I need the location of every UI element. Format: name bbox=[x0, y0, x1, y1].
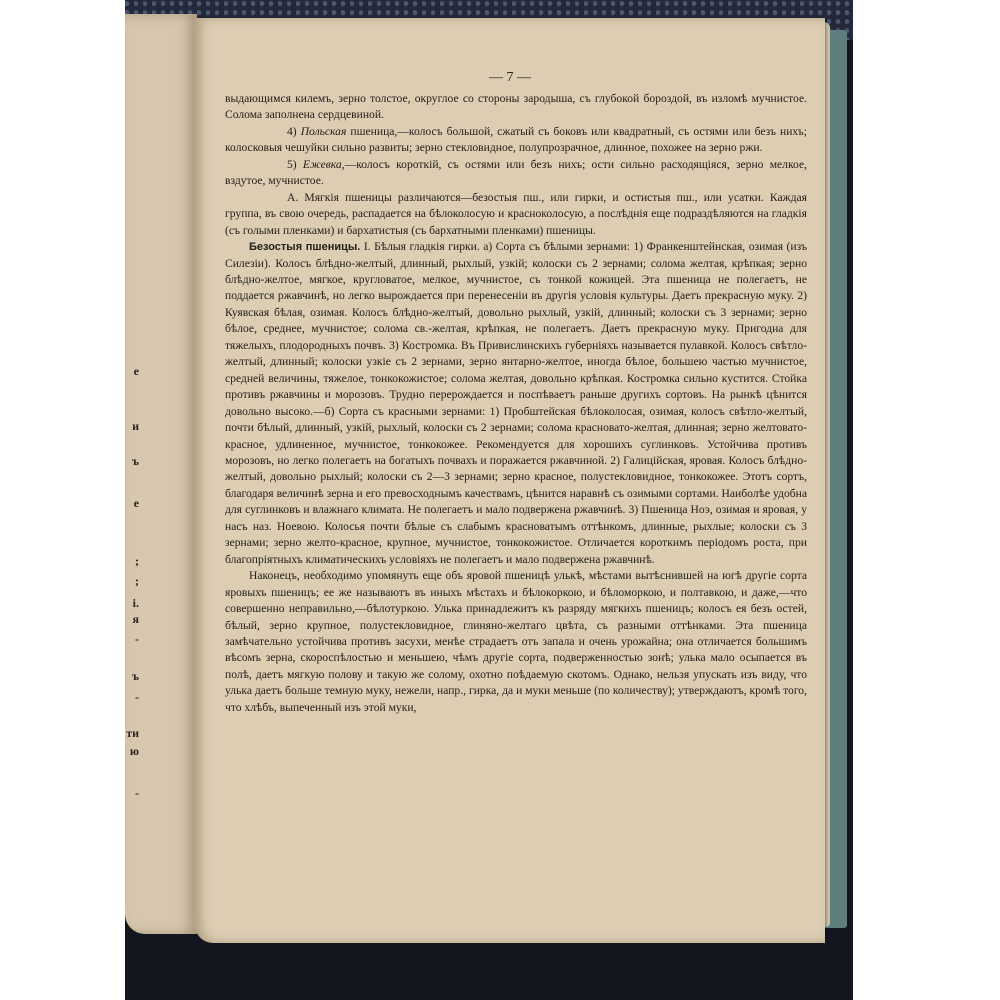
left-page-text-fragment: я bbox=[125, 612, 139, 627]
left-page-text-fragment: - bbox=[125, 690, 139, 705]
item-number: 4) bbox=[287, 125, 301, 138]
left-page-text-fragment: - bbox=[125, 632, 139, 647]
page-body: выдающимся килемъ, зерно толстое, округл… bbox=[225, 91, 807, 716]
left-page-text-fragment: ю bbox=[125, 744, 139, 759]
paragraph-soft-wheat: А. Мягкія пшеницы различаются—безостыя п… bbox=[225, 190, 807, 239]
book-photo: е и ъ е ; ; і. я - ъ - ти ю - — 7 — выда… bbox=[125, 0, 853, 1000]
page-number: — 7 — bbox=[195, 70, 825, 86]
variety-name: Ежевка bbox=[303, 158, 342, 171]
paragraph: выдающимся килемъ, зерно толстое, округл… bbox=[225, 91, 807, 124]
left-page-text-fragment: - bbox=[125, 786, 139, 801]
left-page-text-fragment: ; bbox=[125, 574, 139, 589]
item-number: 5) bbox=[287, 158, 303, 171]
left-page-text-fragment: е bbox=[125, 364, 139, 379]
right-page: — 7 — выдающимся килемъ, зерно толстое, … bbox=[195, 18, 825, 943]
left-page-text-fragment: ти bbox=[125, 726, 139, 741]
variety-name: Польская bbox=[301, 125, 347, 138]
section-heading: Безостыя пшеницы. bbox=[249, 241, 360, 253]
paragraph-ulka-wheat: Наконецъ, необходимо упомянуть еще объ я… bbox=[225, 568, 807, 716]
paragraph-awnless-wheat: Безостыя пшеницы. I. Бѣлыя гладкія гирки… bbox=[225, 239, 807, 568]
left-page-text-fragment: ъ bbox=[125, 454, 139, 469]
left-page-text-fragment: і. bbox=[125, 596, 139, 611]
paragraph-text: I. Бѣлыя гладкія гирки. а) Сорта съ бѣлы… bbox=[225, 240, 807, 566]
paragraph-ezhevka: 5) Ежевка,—колосъ короткій, съ остями ил… bbox=[225, 157, 807, 190]
left-page-text-fragment: и bbox=[125, 419, 139, 434]
left-page-text-fragment: е bbox=[125, 496, 139, 511]
paragraph-polish-wheat: 4) Польская пшеница,—колосъ большой, сжа… bbox=[225, 124, 807, 157]
left-page-text-fragment: ъ bbox=[125, 669, 139, 684]
left-page-text-fragment: ; bbox=[125, 554, 139, 569]
left-page: е и ъ е ; ; і. я - ъ - ти ю - bbox=[125, 14, 197, 934]
